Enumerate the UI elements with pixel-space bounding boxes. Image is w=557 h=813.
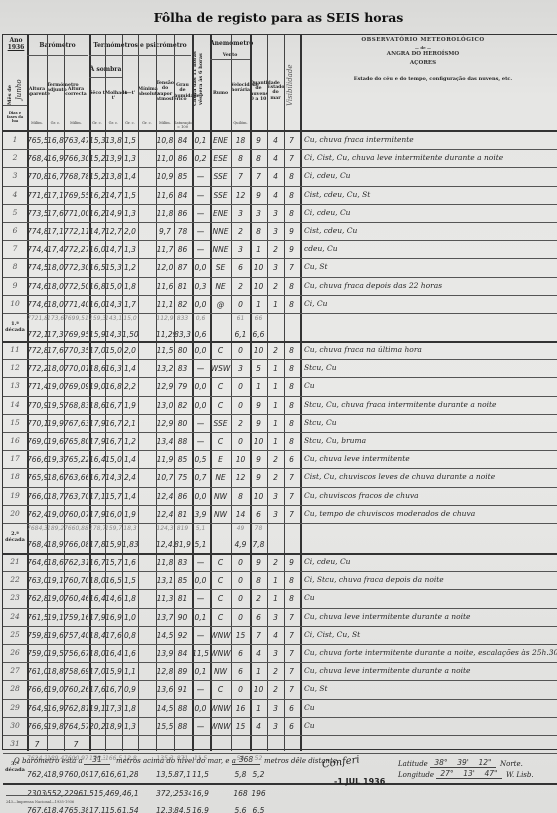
cell-vis: 9 bbox=[284, 245, 299, 254]
decade-mean-dif: 1,50 bbox=[122, 330, 138, 339]
cell-hum: 84 bbox=[174, 191, 191, 200]
cell-corr: 772,30 bbox=[64, 263, 88, 272]
weather-remark: cdeu, Cu bbox=[304, 244, 557, 253]
cell-chuva: — bbox=[192, 364, 209, 373]
row-divider bbox=[3, 505, 557, 506]
cell-alt: 769,05 bbox=[27, 437, 47, 446]
cell-chuva: 0,0 bbox=[192, 576, 209, 585]
row-divider bbox=[3, 167, 557, 168]
cell-mar: 2 bbox=[267, 685, 284, 694]
decade-mean-molh: 14,31 bbox=[105, 330, 122, 339]
day-number: 14 bbox=[3, 400, 27, 409]
cell-dif: 1,5 bbox=[122, 136, 138, 145]
cell-alt: 765,55 bbox=[27, 136, 47, 145]
cell-chuva: 0,0 bbox=[192, 346, 209, 355]
cell-vel: 0 bbox=[231, 685, 250, 694]
cell-vel: 2 bbox=[231, 227, 250, 236]
cell-vis: 7 bbox=[284, 685, 299, 694]
cell-molh: 16,5 bbox=[105, 576, 122, 585]
cell-chuva: 0,0 bbox=[192, 401, 209, 410]
cell-tadj: 19,5 bbox=[47, 649, 64, 658]
cell-corr: 764,57 bbox=[64, 722, 88, 731]
unit-label: Gr. c. bbox=[105, 121, 122, 125]
cell-alt: 766,60 bbox=[27, 455, 47, 464]
weather-remark: Ci, Cist, Cu, chuva leve intermitente du… bbox=[304, 153, 557, 162]
cell-tens: 11,0 bbox=[156, 154, 174, 163]
cell-mar: 3 bbox=[267, 227, 284, 236]
cell-chuva: — bbox=[192, 227, 209, 236]
day-number: 10 bbox=[3, 299, 27, 308]
cell-hum: 81 bbox=[174, 510, 191, 519]
decade-sum-hum: 819 bbox=[174, 525, 191, 532]
cell-nuv: 1 bbox=[250, 300, 267, 309]
cell-alt: 765,95 bbox=[27, 473, 47, 482]
observatory-stamp-arc: OBSERVATÓRIO METEOROLÓGICO bbox=[333, 37, 513, 43]
cell-chuva: 11,5 bbox=[192, 649, 209, 658]
weather-remark: Ci, cdeu, Cu bbox=[304, 171, 557, 180]
decade-sum-seco: 159,3 bbox=[89, 315, 105, 322]
weather-remark: Cu, St bbox=[304, 262, 557, 271]
decade-label: 2.ª década bbox=[3, 531, 27, 543]
month-mean-tadj: 18,41 bbox=[47, 806, 64, 813]
cell-seco: 17,0 bbox=[89, 346, 105, 355]
decade-mean-tens: 11,29 bbox=[156, 330, 174, 339]
barometer-col-corrected: Altura correcta bbox=[64, 87, 88, 98]
cell-vel: 7 bbox=[231, 172, 250, 181]
cell-alt: 774,55 bbox=[27, 263, 47, 272]
cell-tadj: 17,1 bbox=[47, 227, 64, 236]
cell-corr: 770,35 bbox=[64, 346, 88, 355]
cell-hum: 82 bbox=[174, 300, 191, 309]
cell-tens: 13,0 bbox=[156, 401, 174, 410]
weather-remark: Cu, chuviscos fracos de chuva bbox=[304, 491, 557, 500]
cell-rumo: C bbox=[210, 401, 231, 410]
cell-tens: 10,8 bbox=[156, 136, 174, 145]
day-number: 3 bbox=[3, 171, 27, 180]
wind-label: Vento bbox=[210, 53, 250, 58]
cell-alt: 774,65 bbox=[27, 300, 47, 309]
row-divider bbox=[3, 699, 557, 700]
month-sum-vel: 168 bbox=[231, 789, 250, 798]
cell-dif: 2,0 bbox=[122, 227, 138, 236]
decade-mean-alt: 762,425 bbox=[27, 770, 47, 779]
day-number: 5 bbox=[3, 208, 27, 217]
cell-seco: 17,1 bbox=[89, 492, 105, 501]
cell-seco: 15,3 bbox=[89, 136, 105, 145]
cell-corr: 769,09 bbox=[64, 382, 88, 391]
cell-molh: 16,3 bbox=[105, 364, 122, 373]
cell-vis: 8 bbox=[284, 346, 299, 355]
decade-sum-dif: 15,0 bbox=[122, 315, 138, 322]
cell-rumo: C bbox=[210, 346, 231, 355]
cell-dif: 1,7 bbox=[122, 300, 138, 309]
cell-tadj: 19,1 bbox=[47, 576, 64, 585]
unit-label: Milím. bbox=[156, 121, 174, 125]
decade-mean-seco: 15,93 bbox=[89, 330, 105, 339]
cell-corr: 772,27 bbox=[64, 245, 88, 254]
cell-mar: 1 bbox=[267, 576, 284, 585]
cell-seco: 16,8 bbox=[89, 282, 105, 291]
cell-chuva: 0,0 bbox=[192, 704, 209, 713]
cell-chuva: 0,0 bbox=[192, 263, 209, 272]
cell-alt: 774,60 bbox=[27, 282, 47, 291]
cell-dif: 1,9 bbox=[122, 401, 138, 410]
cell-corr: 760,26 bbox=[64, 685, 88, 694]
cell-molh: 15,9 bbox=[105, 667, 122, 676]
cell-alt: 771,45 bbox=[27, 382, 47, 391]
cell-vel: 0 bbox=[231, 437, 250, 446]
unit-label: Milím. bbox=[27, 121, 47, 125]
cell-rumo: C bbox=[210, 594, 231, 603]
day-number: 1 bbox=[3, 135, 27, 144]
cell-vel: 8 bbox=[231, 492, 250, 501]
cell-molh: 14,3 bbox=[105, 473, 122, 482]
cell-seco: 17,0 bbox=[89, 667, 105, 676]
decade-sum-seco: 178,7 bbox=[89, 525, 105, 532]
day-number: 22 bbox=[3, 575, 27, 584]
cell-corr: 765,22 bbox=[64, 455, 88, 464]
cell-hum: 88 bbox=[174, 722, 191, 731]
weather-remark: Ci, Cist, Cu, St bbox=[304, 630, 557, 639]
latitude-minutes: 39' bbox=[452, 758, 474, 768]
cell-mar: 4 bbox=[267, 154, 284, 163]
cell-nuv: 9 bbox=[250, 419, 267, 428]
cell-corr: 762,31 bbox=[64, 558, 88, 567]
row-divider bbox=[3, 571, 557, 572]
decade-mean-tadj: 18,92 bbox=[47, 540, 64, 549]
cell-mar: 3 bbox=[267, 510, 284, 519]
cell-corr: 770,01 bbox=[64, 364, 88, 373]
day-number: 15 bbox=[3, 418, 27, 427]
day-number: 31 bbox=[3, 739, 27, 748]
unit-label: Milím. bbox=[64, 121, 88, 125]
cell-hum: 80 bbox=[174, 419, 191, 428]
cell-alt: 772,25 bbox=[27, 364, 47, 373]
cell-alt: 768,40 bbox=[27, 154, 47, 163]
cell-rumo: NNE bbox=[210, 245, 231, 254]
cell-seco: 17,9 bbox=[89, 437, 105, 446]
longitude-minutes: 13' bbox=[458, 769, 480, 779]
day-number: 28 bbox=[3, 684, 27, 693]
unit-label: Gr. c. bbox=[122, 121, 138, 125]
decade-mean-alt: 772,185 bbox=[27, 330, 47, 339]
weather-remark: Stcu, Cu, chuva fraca intermitente duran… bbox=[304, 400, 557, 409]
day-number: 6 bbox=[3, 226, 27, 235]
observatory-stamp-line1: ANGRA DO HEROÍSMO bbox=[333, 51, 513, 57]
cell-tens: 10,9 bbox=[156, 172, 174, 181]
cell-vel: 12 bbox=[231, 473, 250, 482]
row-divider bbox=[3, 662, 557, 663]
cell-molh: 16,7 bbox=[105, 437, 122, 446]
decade-mean-hum: 81,9 bbox=[174, 540, 191, 549]
cell-hum: 92 bbox=[174, 631, 191, 640]
cell-alt: 764,60 bbox=[27, 558, 47, 567]
latitude-seconds: 12" bbox=[474, 758, 496, 768]
month-mean-alt: 767,66 bbox=[27, 806, 47, 813]
cell-seco: 20,2 bbox=[89, 722, 105, 731]
weather-remark: Cu, chuva leve intermitente bbox=[304, 454, 557, 463]
row-divider bbox=[3, 359, 557, 360]
cell-mar: 4 bbox=[267, 631, 284, 640]
cell-molh: 18,9 bbox=[105, 722, 122, 731]
cell-seco: 16,0 bbox=[89, 300, 105, 309]
cell-dif: 1,5 bbox=[122, 191, 138, 200]
row-divider bbox=[3, 432, 557, 433]
cell-chuva: — bbox=[192, 172, 209, 181]
unit-label: Gr. c. bbox=[89, 121, 105, 125]
cell-vis: 6 bbox=[284, 722, 299, 731]
day-number: 25 bbox=[3, 630, 27, 639]
humidity: Grau de humidade bbox=[174, 83, 191, 99]
cell-chuva: 0,1 bbox=[192, 136, 209, 145]
month-value: Junho bbox=[15, 65, 25, 115]
decade-mean-dif: 1,28 bbox=[122, 770, 138, 779]
row-divider bbox=[3, 186, 557, 187]
cell-dif: 1,6 bbox=[122, 649, 138, 658]
cell-molh: 13,8 bbox=[105, 136, 122, 145]
decade-sum-vel: 61 bbox=[231, 315, 250, 322]
month-sum-seco: 515,3 bbox=[89, 789, 105, 798]
cell-tens: 10,7 bbox=[156, 473, 174, 482]
cell-molh: 17,6 bbox=[105, 631, 122, 640]
cell-hum: 78 bbox=[174, 227, 191, 236]
year-value: 1936 bbox=[5, 45, 27, 52]
cell-rumo: C bbox=[210, 613, 231, 622]
cell-nuv: 5 bbox=[250, 364, 267, 373]
unit-label: Gr. c. bbox=[47, 121, 64, 125]
barometer-altitude: 31 bbox=[84, 755, 110, 765]
cell-hum: 82 bbox=[174, 401, 191, 410]
cell-tadj: 19,3 bbox=[47, 455, 64, 464]
longitude-seconds: 47" bbox=[480, 769, 502, 779]
cell-rumo: NE bbox=[210, 473, 231, 482]
cell-chuva: — bbox=[192, 245, 209, 254]
cell-nuv: 9 bbox=[250, 455, 267, 464]
cell-seco: 18,6 bbox=[89, 364, 105, 373]
cell-vel: 10 bbox=[231, 455, 250, 464]
decade-sum-tadj: 173,6 bbox=[47, 315, 64, 322]
cell-corr: 767,63 bbox=[64, 419, 88, 428]
cell-vel: 6 bbox=[231, 263, 250, 272]
cell-alt: 762,80 bbox=[27, 594, 47, 603]
cell-tadj: 17,6 bbox=[47, 209, 64, 218]
cell-tens: 12,0 bbox=[156, 263, 174, 272]
cell-vis: 7 bbox=[284, 263, 299, 272]
cell-rumo: C bbox=[210, 382, 231, 391]
cell-molh: 14,3 bbox=[105, 300, 122, 309]
day-number: 29 bbox=[3, 703, 27, 712]
cell-dif: 2,0 bbox=[122, 346, 138, 355]
unit-label: Gr. c. bbox=[138, 121, 156, 125]
cell-rumo: SSE bbox=[210, 172, 231, 181]
cell-vel: 3 bbox=[231, 245, 250, 254]
cell-chuva: 0,0 bbox=[192, 382, 209, 391]
weather-remark: Ci, cdeu, Cu bbox=[304, 208, 557, 217]
register-table: Ano 1936 Mês de Junho Dias e fases da lu… bbox=[2, 34, 557, 750]
cell-rumo: WNW bbox=[210, 704, 231, 713]
cell-chuva: — bbox=[192, 419, 209, 428]
decade-sum-corr: 7660,88 bbox=[64, 525, 88, 532]
cell-molh: 15,0 bbox=[105, 282, 122, 291]
cell-alt: 761,50 bbox=[27, 613, 47, 622]
cell-rumo: C bbox=[210, 558, 231, 567]
cell-hum: 86 bbox=[174, 154, 191, 163]
cell-tens: 12,8 bbox=[156, 667, 174, 676]
cell-alt: 759,80 bbox=[27, 631, 47, 640]
footer-text-1: O barómetro está a bbox=[14, 757, 83, 765]
cell-mar: 2 bbox=[267, 282, 284, 291]
cell-tadj: 17,6 bbox=[47, 346, 64, 355]
cell-vel: 18 bbox=[231, 136, 250, 145]
row-divider bbox=[3, 680, 557, 681]
cell-vel: 0 bbox=[231, 613, 250, 622]
weather-remark: Cu bbox=[304, 721, 557, 730]
cell-nuv: 4 bbox=[250, 649, 267, 658]
cell-tadj: 18,0 bbox=[47, 364, 64, 373]
weather-remark: Cu, tempo de chuviscos moderados de chuv… bbox=[304, 509, 557, 518]
decade-mean-nuv: 5,2 bbox=[250, 770, 267, 779]
decade-mean-nuv: 6,6 bbox=[250, 330, 267, 339]
cell-alt: 774,85 bbox=[27, 227, 47, 236]
cell-nuv: 8 bbox=[250, 154, 267, 163]
cell-corr: 772,50 bbox=[64, 282, 88, 291]
day-number: 24 bbox=[3, 612, 27, 621]
weather-remark: Cu, chuva fraca na última hora bbox=[304, 345, 557, 354]
cell-dif: 1,6 bbox=[122, 558, 138, 567]
cell-molh: 14,6 bbox=[105, 594, 122, 603]
cell-alt: 773,50 bbox=[27, 209, 47, 218]
cell-seco: 16,7 bbox=[89, 473, 105, 482]
cell-nuv: 10 bbox=[250, 282, 267, 291]
cell-vel: 3 bbox=[231, 364, 250, 373]
cell-rumo: C bbox=[210, 437, 231, 446]
decade-mean-dif: 1,83 bbox=[122, 540, 138, 549]
day-number: 17 bbox=[3, 454, 27, 463]
decade-sum-tadj: 189,2 bbox=[47, 525, 64, 532]
cell-seco: 18,0 bbox=[89, 649, 105, 658]
day-number: 20 bbox=[3, 509, 27, 518]
cell-tens: 12,4 bbox=[156, 492, 174, 501]
cell-nuv: 6 bbox=[250, 510, 267, 519]
cell-vis: 7 bbox=[284, 510, 299, 519]
cell-tadj: 19,5 bbox=[47, 401, 64, 410]
cell-hum: 89 bbox=[174, 667, 191, 676]
row-divider bbox=[3, 626, 557, 627]
month-mean-corr: 765,38 bbox=[64, 806, 88, 813]
weather-remark: Ci, Stcu, chuva fraca depois da noite bbox=[304, 575, 557, 584]
weather-remark: Cu bbox=[304, 381, 557, 390]
cell-alt: 771,65 bbox=[27, 191, 47, 200]
sea-header: Estado do mar bbox=[267, 85, 284, 101]
weather-remark: Cu bbox=[304, 703, 557, 712]
cell-nuv: 1 bbox=[250, 382, 267, 391]
cell-vel: 6 bbox=[231, 667, 250, 676]
cell-dif: 1,3 bbox=[122, 722, 138, 731]
cell-tens: 11,3 bbox=[156, 594, 174, 603]
page-title: Fôlha de registo para as SEIS horas bbox=[0, 10, 557, 25]
decade-sum-nuv: 78 bbox=[250, 525, 267, 532]
cell-corr: 763,66 bbox=[64, 473, 88, 482]
cell-seco: 15,2 bbox=[89, 154, 105, 163]
unit-label: Saturação = 100 bbox=[174, 121, 191, 129]
cell-rumo: SE bbox=[210, 263, 231, 272]
day-number: 11 bbox=[3, 345, 27, 354]
row-divider bbox=[3, 717, 557, 718]
cell-mar: 2 bbox=[267, 667, 284, 676]
cell-dif: 2,2 bbox=[122, 382, 138, 391]
cell-rumo: NE bbox=[210, 282, 231, 291]
cell-nuv: 1 bbox=[250, 667, 267, 676]
cell-corr: 760,07 bbox=[64, 510, 88, 519]
cell-tadj: 19,0 bbox=[47, 594, 64, 603]
cell-corr: 769,55 bbox=[64, 191, 88, 200]
row-divider bbox=[3, 341, 557, 343]
cell-corr: 756,67 bbox=[64, 649, 88, 658]
cell-seco: 16,0 bbox=[89, 245, 105, 254]
cell-molh: 15,7 bbox=[105, 558, 122, 567]
cell-dif: 1,9 bbox=[122, 510, 138, 519]
cell-chuva: — bbox=[192, 191, 209, 200]
cell-tens: 12,4 bbox=[156, 510, 174, 519]
cell-tadj: 16,8 bbox=[47, 136, 64, 145]
cell-molh: 16,7 bbox=[105, 419, 122, 428]
cell-vis: 8 bbox=[284, 364, 299, 373]
cell-molh: 16,7 bbox=[105, 685, 122, 694]
cell-rumo: ENE bbox=[210, 136, 231, 145]
cell-mar: 2 bbox=[267, 473, 284, 482]
cell-hum: 86 bbox=[174, 245, 191, 254]
cell-seco: 16,2 bbox=[89, 191, 105, 200]
cell-vel: 14 bbox=[231, 510, 250, 519]
decade-mean-corr: 769,951 bbox=[64, 330, 88, 339]
day-number: 27 bbox=[3, 666, 27, 675]
cell-vis: 7 bbox=[284, 631, 299, 640]
cell-mar: 4 bbox=[267, 136, 284, 145]
footer-divider bbox=[6, 795, 90, 796]
cell-vis: 8 bbox=[284, 401, 299, 410]
cell-vel: 0 bbox=[231, 594, 250, 603]
cell-mar: 3 bbox=[267, 263, 284, 272]
cell-seco: 19,0 bbox=[89, 382, 105, 391]
cell-vis: 7 bbox=[284, 613, 299, 622]
cell-rumo: C bbox=[210, 685, 231, 694]
cell-seco: 16,4 bbox=[89, 594, 105, 603]
cell-tadj: 18,0 bbox=[47, 300, 64, 309]
cell-nuv: 9 bbox=[250, 473, 267, 482]
cell-nuv: 1 bbox=[250, 704, 267, 713]
cell-vis: 6 bbox=[284, 704, 299, 713]
cell-alt: 766,95 bbox=[27, 722, 47, 731]
cell-hum: 88 bbox=[174, 704, 191, 713]
decade-mean-seco: 17,63 bbox=[89, 770, 105, 779]
cell-tadj: 16,7 bbox=[47, 172, 64, 181]
cell-nuv: 7 bbox=[250, 172, 267, 181]
decade-mean-corr: 766,088 bbox=[64, 540, 88, 549]
cell-nuv: 10 bbox=[250, 492, 267, 501]
cell-corr: 762,81 bbox=[64, 704, 88, 713]
cell-corr: 7 bbox=[64, 740, 88, 749]
cell-dif: 1,4 bbox=[122, 364, 138, 373]
cell-hum: 90 bbox=[174, 613, 191, 622]
cell-tens: 11,5 bbox=[156, 346, 174, 355]
row-divider bbox=[3, 589, 557, 590]
cell-tens: 13,2 bbox=[156, 364, 174, 373]
decade-mean-tens: 13,53 bbox=[156, 770, 174, 779]
decade-mean-chuva: 0,6 bbox=[192, 330, 209, 339]
cell-chuva: 0,0 bbox=[192, 492, 209, 501]
decade-mean-chuva: 5,1 bbox=[192, 540, 209, 549]
cell-tens: 12,9 bbox=[156, 382, 174, 391]
